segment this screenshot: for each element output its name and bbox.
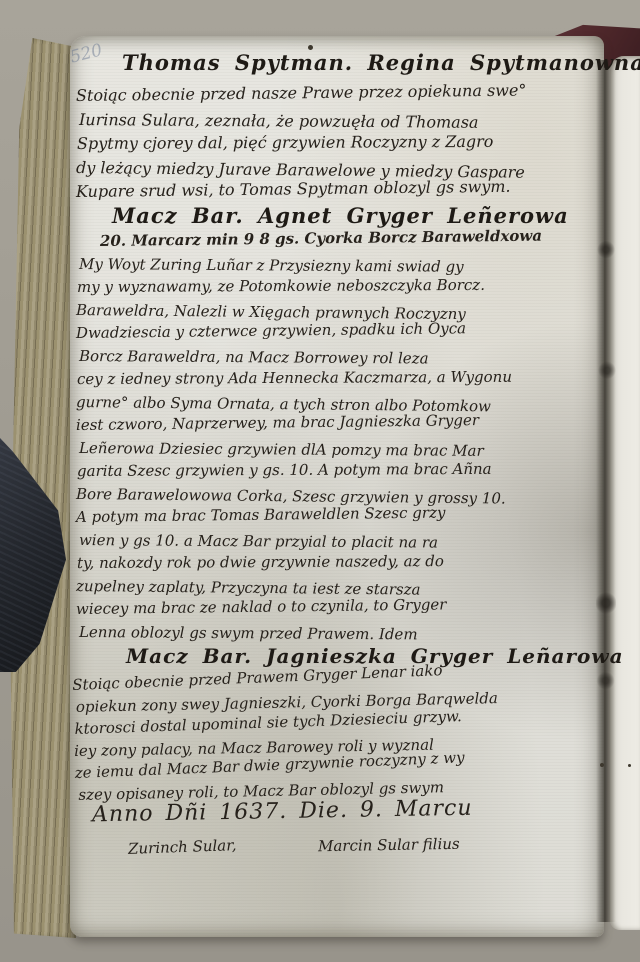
manuscript-line: my y wyznawamy, ze Potomkowie neboszczyk…: [77, 274, 543, 299]
manuscript-line: Spytmy cjorey dal, pięć grzywien Roczyzn…: [77, 130, 528, 156]
section-2-body: 20. Marcarz min 9 8 gs. Cyorka Borcz Bar…: [76, 230, 542, 644]
section-3-body: Stoiąc obecnie przed Prawem Gryger Lenar…: [72, 662, 498, 806]
manuscript-line: Kupare srud wsi, to Tomas Spytman oblozy…: [76, 174, 527, 204]
wormhole: [628, 764, 631, 767]
manuscript-line: cey z iedney strony Ada Hennecka Kaczmar…: [77, 366, 543, 391]
manuscript-line: Dwadziescia y czterwce grzywien, spadku …: [76, 316, 542, 345]
manuscript-line: iest czworo, Naprzerwey, ma brac Jagnies…: [76, 408, 542, 437]
manuscript-line: wiecey ma brac ze naklad o to czynila, t…: [76, 592, 542, 621]
manuscript-line: Stoiąc obecnie przed nasze Prawe przez o…: [76, 78, 527, 108]
manuscript-line: garita Szesc grzywien y gs. 10. A potym …: [77, 458, 543, 483]
manuscript-line: 20. Marcarz min 9 8 gs. Cyorka Borcz Bar…: [100, 225, 542, 253]
manuscript-line: A potym ma brac Tomas Baraweldlen Szesc …: [76, 500, 542, 529]
signature-2: Marcin Sular filius: [318, 835, 460, 855]
section-1-body: Stoiąc obecnie przed nasze Prawe przez o…: [76, 84, 526, 204]
gutter-shadow: [596, 60, 616, 922]
manuscript-line: ty, nakozdy rok po dwie grzywnie naszedy…: [77, 550, 543, 575]
manuscript-photo: 520 Thomas Spytman. Regina Spytmanowna S…: [0, 0, 640, 962]
wormhole: [600, 763, 604, 767]
section-1-heading: Thomas Spytman. Regina Spytmanowna: [122, 50, 640, 75]
signature-1: Zurinch Sular,: [128, 836, 237, 858]
